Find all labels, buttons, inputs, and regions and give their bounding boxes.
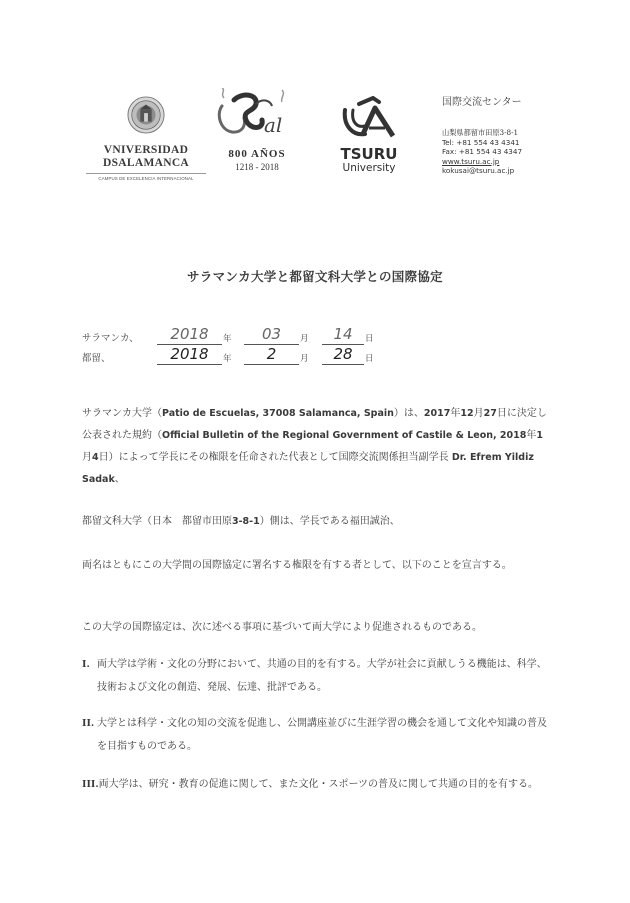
agreement-item-1: I.両大学は学術・文化の分野において、共通の目的を有する。大学が社会に貢献しうる… (82, 654, 552, 699)
date-month-unit: 月 (300, 352, 309, 364)
date-day-field[interactable]: 14 (322, 324, 364, 345)
date-day-unit: 日 (365, 352, 374, 364)
text-latin: Patio de Escuelas, 37008 Salamanca, Spai… (162, 408, 394, 419)
date-month-field[interactable]: 03 (244, 324, 299, 345)
item-number: III. (82, 774, 99, 797)
text-latin: 27 (484, 408, 497, 419)
contact-tel: Tel: +81 554 43 4341 (442, 138, 562, 148)
text-latin: 12 (460, 408, 473, 419)
date-year-field[interactable]: 2018 (157, 344, 222, 365)
date-year-unit: 年 (223, 352, 232, 364)
text-latin: 4 (92, 452, 99, 463)
tsuru-sub: University (326, 162, 412, 174)
item-number: II. (82, 713, 97, 736)
text: 年 (450, 408, 460, 419)
text: 月 (82, 452, 92, 463)
usal-name-line2: DSALAMANCA (86, 157, 206, 170)
date-place-label: 都留、 (82, 350, 111, 364)
date-day-unit: 日 (365, 332, 374, 344)
date-year-field[interactable]: 2018 (157, 324, 222, 345)
text: ）は、 (394, 408, 424, 419)
text-latin: 2017 (424, 408, 450, 419)
text: ）側は、学長である福田誠治、 (260, 516, 400, 527)
item-text: 両大学は、研究・教育の促進に関して、また文化・スポーツの普及に関して共通の目的を… (99, 779, 538, 790)
date-year-unit: 年 (223, 332, 232, 344)
tsuru-logo: TSURU University (326, 96, 412, 174)
usal-seal-icon (127, 96, 165, 134)
text: 、 (115, 474, 125, 485)
text: 日）によって学長にその権限を任命された代表として国際交流関係担当副学長 (99, 452, 452, 463)
text-latin: 3-8-1 (232, 516, 260, 527)
text: 年 (526, 430, 536, 441)
contact-block: 国際交流センター 山梨県都留市田原3-8-1 Tel: +81 554 43 4… (442, 93, 562, 176)
tsuru-name: TSURU (326, 146, 412, 162)
date-month-field[interactable]: 2 (244, 344, 299, 365)
contact-email[interactable]: kokusai@tsuru.ac.jp (442, 166, 562, 176)
contact-website-link[interactable]: www.tsuru.ac.jp (442, 157, 562, 167)
date-place-label: サラマンカ、 (82, 330, 139, 344)
text: 月 (474, 408, 484, 419)
international-center-label: 国際交流センター (442, 93, 562, 108)
tsuru-emblem-icon (339, 96, 399, 140)
agreement-item-2: II.大学とは科学・文化の知の交流を促進し、公開講座並びに生涯学習の機会を通して… (82, 713, 552, 758)
item-text: 大学とは科学・文化の知の交流を促進し、公開講座並びに生涯学習の機会を通して文化や… (97, 718, 547, 752)
paragraph-agreement-intro: この大学の国際協定は、次に述べる事項に基づいて両大学により促進されるものである。 (82, 617, 552, 639)
svg-text:al: al (264, 113, 282, 137)
date-day-field[interactable]: 28 (322, 344, 364, 365)
agreement-item-3: III.両大学は、研究・教育の促進に関して、また文化・スポーツの普及に関して共通… (82, 774, 552, 797)
anniversary-years: 1218 - 2018 (207, 162, 307, 172)
paragraph-declaration: 両名はともにこの大学間の国際協定に署名する権限を有する者として、以下のことを宣言… (82, 555, 552, 577)
item-number: I. (82, 654, 97, 677)
paragraph-tsuru-representative: 都留文科大学（日本 都留市田原3-8-1）側は、学長である福田誠治、 (82, 511, 552, 533)
document-title: サラマンカ大学と都留文科大学との国際協定 (0, 267, 630, 285)
text-latin: Official Bulletin of the Regional Govern… (162, 430, 526, 441)
paragraph-salamanca-representative: サラマンカ大学（Patio de Escuelas, 37008 Salaman… (82, 403, 552, 491)
anniversary-label: 800 AÑOS (207, 148, 307, 160)
contact-fax: Fax: +81 554 43 4347 (442, 147, 562, 157)
anniversary-logo: al 800 AÑOS 1218 - 2018 (207, 88, 307, 172)
dragon-script-icon: al (212, 88, 302, 144)
usal-logo: VNIVERSIDAD DSALAMANCA CAMPUS DE EXCELEN… (86, 96, 206, 181)
item-text: 両大学は学術・文化の分野において、共通の目的を有する。大学が社会に貢献しうる機能… (97, 659, 547, 693)
date-row-tsuru: 都留、 2018 年 2 月 28 日 (82, 347, 382, 367)
contact-address: 山梨県都留市田原3-8-1 (442, 128, 562, 138)
usal-name-line1: VNIVERSIDAD (86, 144, 206, 157)
date-month-unit: 月 (300, 332, 309, 344)
text-latin: 1 (536, 430, 543, 441)
usal-campus: CAMPUS DE EXCELENCIA INTERNACIONAL (86, 173, 206, 181)
text: 都留文科大学（日本 都留市田原 (82, 516, 232, 527)
text: サラマンカ大学（ (82, 408, 162, 419)
